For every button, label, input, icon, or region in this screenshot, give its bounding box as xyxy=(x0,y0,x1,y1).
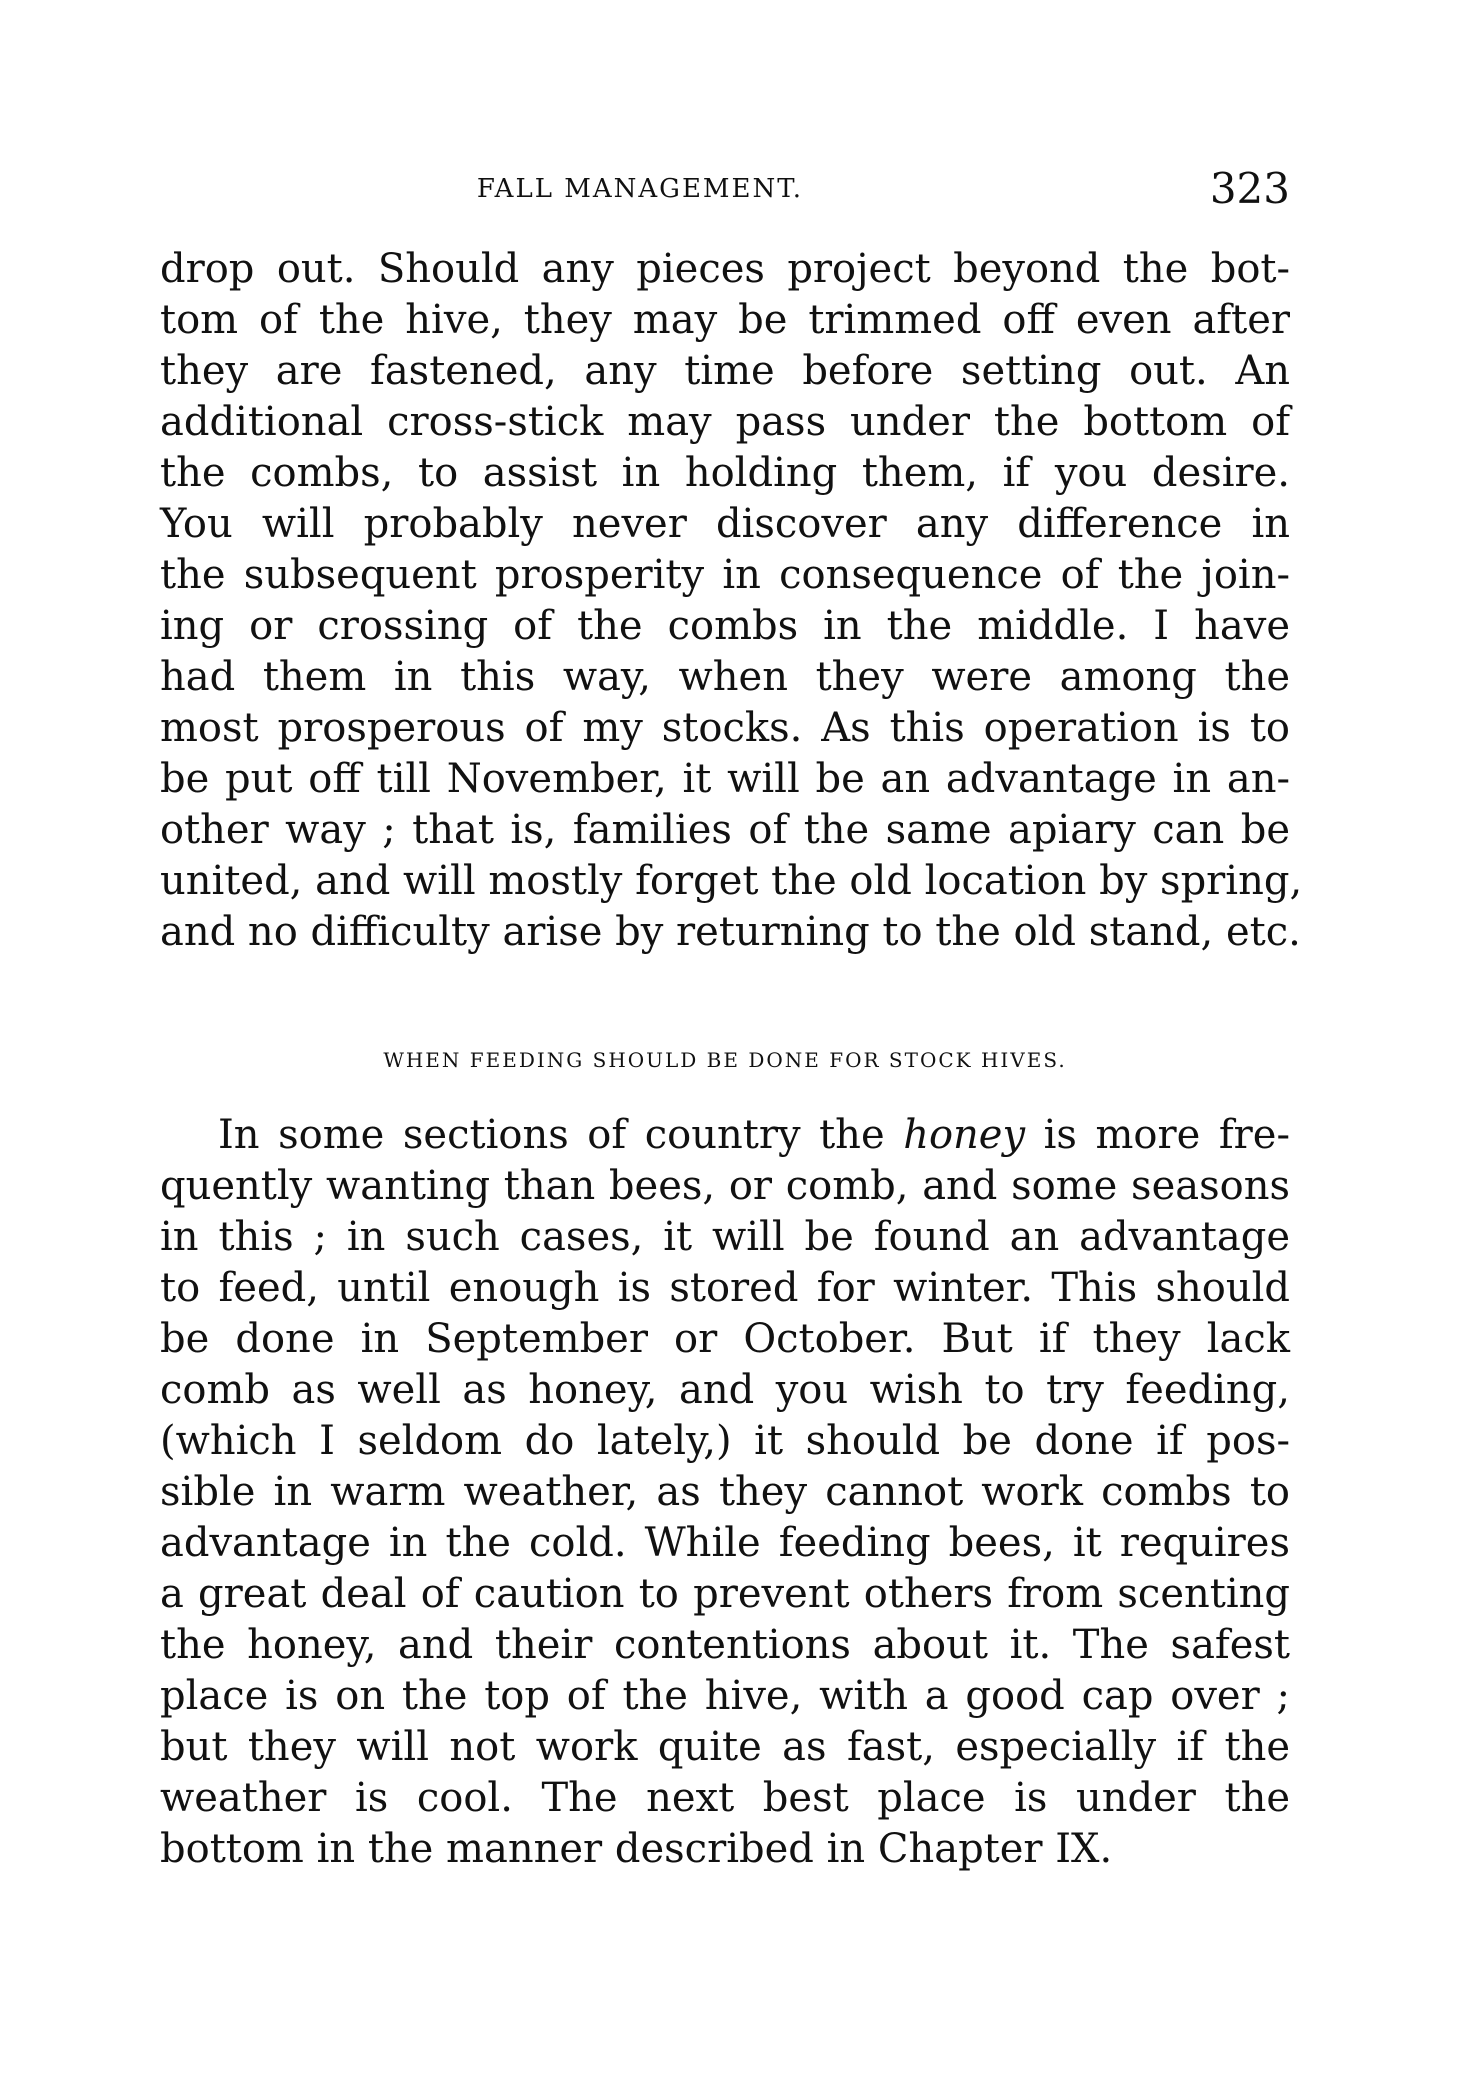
paragraph-1: drop out. Should any pieces project beyo… xyxy=(160,244,1290,958)
text-line: be done in September or October. But if … xyxy=(160,1314,1290,1365)
text-line: other way ; that is, families of the sam… xyxy=(160,805,1290,856)
text-line: to feed, until enough is stored for wint… xyxy=(160,1263,1290,1314)
text-line: the combs, to assist in holding them, if… xyxy=(160,448,1290,499)
text-line: united, and will mostly forget the old l… xyxy=(160,856,1290,907)
text-line: be put off till November, it will be an … xyxy=(160,754,1290,805)
text-line: ing or crossing of the combs in the midd… xyxy=(160,601,1290,652)
text-line: and no difficulty arise by returning to … xyxy=(160,907,1290,958)
book-page: FALL MANAGEMENT. 323 drop out. Should an… xyxy=(0,0,1469,2075)
text-line: in this ; in such cases, it will be foun… xyxy=(160,1212,1290,1263)
text-line: additional cross-stick may pass under th… xyxy=(160,397,1290,448)
text-line: the subsequent prosperity in consequence… xyxy=(160,550,1290,601)
text-line: quently wanting than bees, or comb, and … xyxy=(160,1161,1290,1212)
page-number: 323 xyxy=(1210,164,1290,213)
text-line: most prosperous of my stocks. As this op… xyxy=(160,703,1290,754)
text-line: but they will not work quite as fast, es… xyxy=(160,1722,1290,1773)
section-heading: WHEN FEEDING SHOULD BE DONE FOR STOCK HI… xyxy=(160,1048,1290,1072)
paragraph-2: In some sections of country the honey is… xyxy=(160,1110,1290,1875)
text-line: drop out. Should any pieces project beyo… xyxy=(160,244,1290,295)
text-line: comb as well as honey, and you wish to t… xyxy=(160,1365,1290,1416)
text-line: bottom in the manner described in Chapte… xyxy=(160,1824,1290,1875)
text-line: the honey, and their contentions about i… xyxy=(160,1620,1290,1671)
text-line: You will probably never discover any dif… xyxy=(160,499,1290,550)
page-header: FALL MANAGEMENT. 323 xyxy=(160,168,1290,218)
running-title: FALL MANAGEMENT. xyxy=(160,174,1290,204)
text-segment: is more fre- xyxy=(1025,1112,1290,1158)
text-line: they are fastened, any time before setti… xyxy=(160,346,1290,397)
text-line: tom of the hive, they may be trimmed off… xyxy=(160,295,1290,346)
text-line: (which I seldom do lately,) it should be… xyxy=(160,1416,1290,1467)
text-line: had them in this way, when they were amo… xyxy=(160,652,1290,703)
text-line-first: In some sections of country the honey is… xyxy=(160,1110,1290,1161)
text-line: a great deal of caution to prevent other… xyxy=(160,1569,1290,1620)
text-line: advantage in the cold. While feeding bee… xyxy=(160,1518,1290,1569)
italic-word: honey xyxy=(903,1112,1025,1158)
text-line: place is on the top of the hive, with a … xyxy=(160,1671,1290,1722)
text-segment: In some sections of country the xyxy=(218,1112,903,1158)
text-line: sible in warm weather, as they cannot wo… xyxy=(160,1467,1290,1518)
text-line: weather is cool. The next best place is … xyxy=(160,1773,1290,1824)
